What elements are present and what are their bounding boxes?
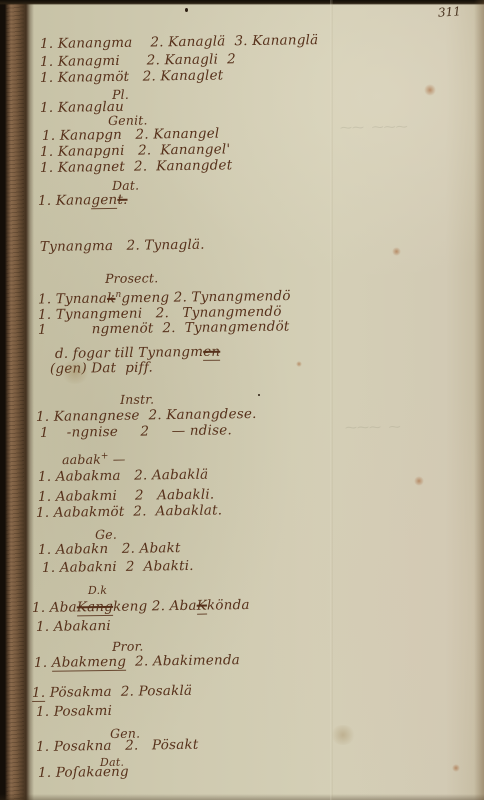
- stacked-page-edges: [5, 0, 24, 800]
- line-text: 1. Aba: [32, 599, 77, 616]
- line-text: 1. Kanangma 2. Kanaglä 3. Kananglä: [40, 32, 319, 52]
- line-text: 1. Abakani: [36, 618, 111, 635]
- manuscript-line: 1. Kanagnet 2. Kanangdet: [40, 157, 233, 176]
- scan-bottom-edge: [0, 794, 484, 800]
- foxing-spot: [392, 247, 401, 256]
- line-text: Tynangma 2. Tynaglä.: [40, 237, 205, 255]
- line-text: 1. Kana: [38, 192, 92, 209]
- struck-text: Kang: [77, 599, 114, 617]
- foxing-spot: [414, 476, 424, 486]
- line-text: 1. Posakmi: [36, 703, 112, 720]
- manuscript-line-corrected: 1. Kanagent.: [38, 192, 128, 209]
- inserted-superscript: +: [101, 451, 109, 461]
- ink-speck: [258, 394, 260, 396]
- foxing-spot: [296, 361, 302, 367]
- section-heading-dative: Dat.: [112, 178, 139, 193]
- line-text: 1. Kanagnet 2. Kanangdet: [40, 157, 233, 176]
- line-text: 1. Aabakma 2. Aabaklä: [38, 467, 209, 485]
- underlined-text: Abakmeng: [52, 654, 127, 672]
- manuscript-line: 1. Posakna 2. Pösakt: [36, 737, 199, 755]
- line-text: Ge.: [95, 527, 117, 542]
- manuscript-line: 1. Posakmi: [36, 703, 112, 720]
- manuscript-line: 1. Pösakma 2. Posaklä: [32, 683, 192, 701]
- line-text: 1. Aabakn 2. Abakt: [38, 540, 181, 558]
- page-number: 311: [438, 4, 462, 20]
- foxing-spot: [452, 764, 460, 772]
- ink-showthrough: ⁓⁓ ⁓⁓⁓: [340, 119, 408, 134]
- manuscript-line: 1. Aabakni 2 Abakti.: [42, 558, 194, 576]
- section-heading-dative-2: D.k: [88, 584, 107, 597]
- manuscript-line: 1 -ngnise 2 — ndise.: [40, 422, 232, 441]
- line-text: 1. Tynana: [38, 291, 107, 308]
- manuscript-scan: 311 ⁓⁓ ⁓⁓⁓ ⁓⁓⁓ ⁓ 1. Kanangma 2. Kanaglä …: [0, 0, 484, 800]
- manuscript-line: 1. Aabakmöt 2. Aabaklat.: [36, 502, 222, 521]
- line-text: 1.: [34, 655, 52, 671]
- manuscript-line: 1. Poſakaeng: [38, 764, 129, 781]
- line-text: D.k: [88, 584, 107, 597]
- struck-text: K: [197, 598, 208, 615]
- section-heading-genitive-2: Ge.: [95, 527, 117, 542]
- line-text: 1 ngmenöt 2. Tynangmendöt: [38, 318, 290, 338]
- section-heading-prorative: Pror.: [112, 639, 144, 654]
- manuscript-line: 1. Aabakma 2. Aabaklä: [38, 467, 209, 485]
- scan-top-edge: [0, 0, 484, 5]
- manuscript-line-corrected: 1. Abakmeng 2. Abakimenda: [34, 652, 240, 671]
- line-text: —: [109, 451, 126, 466]
- manuscript-line: 1. Abakani: [36, 618, 111, 635]
- line-text: Dat.: [112, 178, 139, 193]
- line-text: 1. Posakna 2. Pösakt: [36, 737, 199, 755]
- line-text: (gen) Dat piff.: [50, 360, 153, 377]
- line-text: könda: [207, 597, 250, 614]
- manuscript-line: 1. Kanangma 2. Kanaglä 3. Kananglä: [40, 32, 319, 52]
- struck-text: en: [203, 344, 220, 361]
- page-right-edge: [474, 0, 484, 800]
- underlined-text: 1.: [32, 685, 46, 702]
- line-text: Pösakma 2. Posaklä: [45, 683, 192, 701]
- foxing-spot: [424, 84, 436, 96]
- line-text: 1 -ngnise 2 — ndise.: [40, 422, 232, 441]
- ink-speck: [185, 8, 188, 12]
- marginal-note: (gen) Dat piff.: [50, 360, 153, 377]
- section-heading-prosecutive: Prosect.: [105, 270, 159, 286]
- line-text: 1. Aabakmöt 2. Aabaklat.: [36, 502, 222, 521]
- section-heading-aabak: aabak+ —: [62, 451, 126, 467]
- line-text: 1. Aabakni 2 Abakti.: [42, 558, 194, 576]
- section-heading-instrumental: Instr.: [120, 392, 154, 407]
- line-text: keng 2. Aba: [113, 598, 197, 615]
- line-text: Instr.: [120, 392, 154, 407]
- manuscript-line: Tynangma 2. Tynaglä.: [40, 237, 205, 255]
- manuscript-line: 1. Kanagmöt 2. Kanaglet: [40, 67, 224, 86]
- line-text: Pror.: [112, 639, 144, 654]
- line-text: Prosect.: [105, 270, 159, 286]
- underlined-text: gen: [91, 192, 117, 209]
- struck-text: t.: [117, 192, 127, 208]
- manuscript-line: 1. Aabakn 2. Abakt: [38, 540, 181, 558]
- line-text: 1. Kanagmöt 2. Kanaglet: [40, 67, 224, 86]
- line-text: aabak: [62, 452, 101, 468]
- ink-showthrough: ⁓⁓⁓ ⁓: [345, 420, 401, 435]
- paper-crease: [330, 0, 333, 800]
- paper-stain: [330, 725, 356, 745]
- manuscript-line-corrected: 1. AbaKangkeng 2. AbaKkönda: [32, 597, 250, 616]
- line-text: 2. Abakimenda: [126, 652, 240, 670]
- manuscript-line: 1 ngmenöt 2. Tynangmendöt: [38, 318, 290, 338]
- line-text: 1. Poſakaeng: [38, 764, 129, 781]
